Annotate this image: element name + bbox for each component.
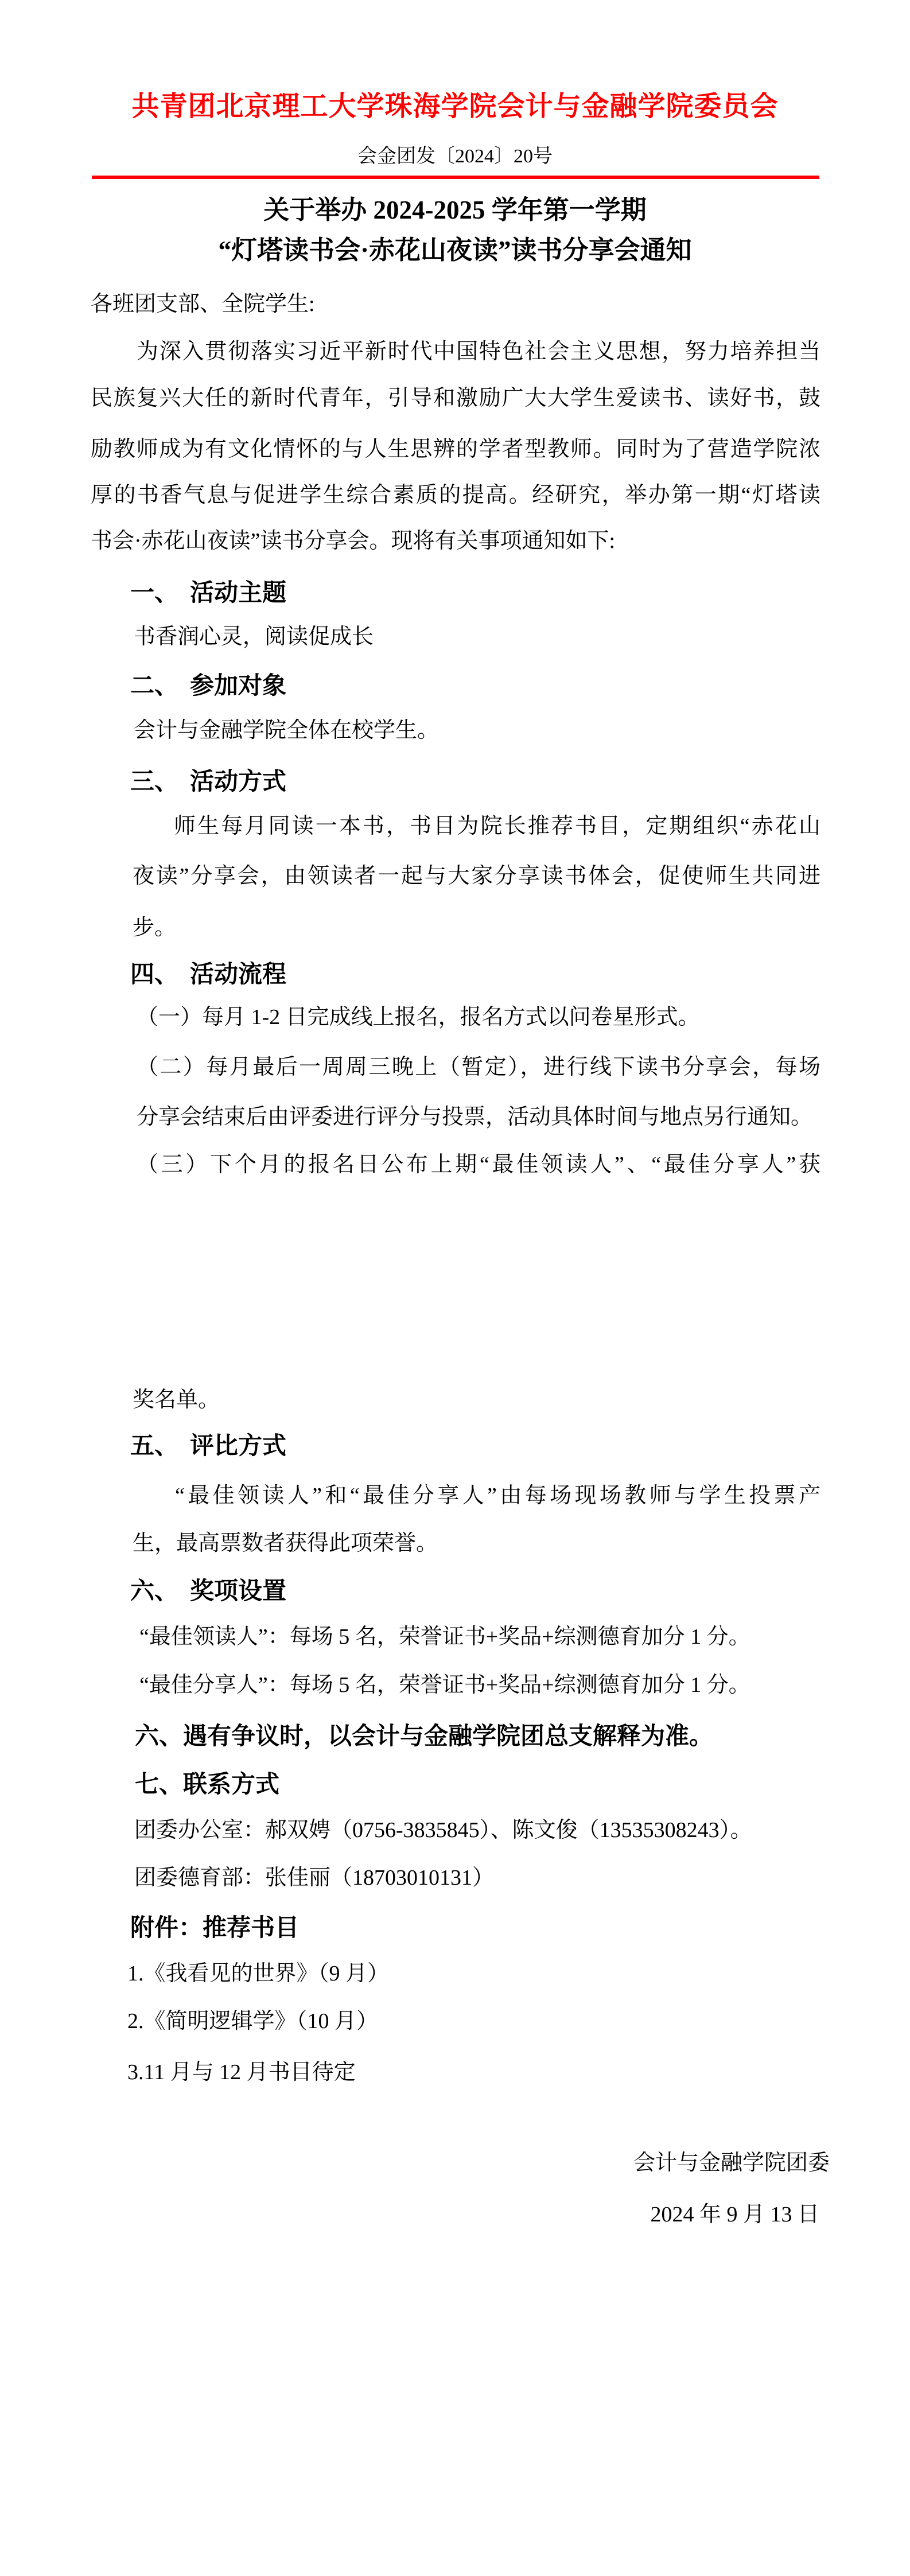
section-label: 活动方式 xyxy=(190,768,286,795)
dispute-clause: 六、遇有争议时，以会计与金融学院团总支解释为准。 xyxy=(135,1722,713,1750)
signature-date: 2024 年 9 月 13 日 xyxy=(650,2202,819,2228)
section-heading-1: 一、活动主题 xyxy=(130,578,286,607)
method-line: 步。 xyxy=(133,915,176,941)
section-label: 联系方式 xyxy=(183,1770,279,1797)
book-item: 2.《简明逻辑学》（10 月） xyxy=(127,2009,378,2034)
flow-item-2-line: （二）每月最后一周周三晚上（暂定），进行线下读书分享会，每场 xyxy=(137,1054,820,1080)
attachment-header: 附件：推荐书目 xyxy=(130,1913,299,1942)
contact-line: 团委德育部：张佳丽（18703010131） xyxy=(134,1865,494,1891)
method-line: 夜读”分享会，由领读者一起与大家分享读书体会，促使师生共同进 xyxy=(133,863,820,889)
section-number: 四、 xyxy=(130,960,178,987)
award-line: “最佳分享人”：每场 5 名，荣誉证书+奖品+综测德育加分 1 分。 xyxy=(139,1672,750,1698)
section-number: 六、 xyxy=(130,1577,178,1604)
section-heading-7: 七、联系方式 xyxy=(135,1770,279,1799)
doc-title-line1: 关于举办 2024-2025 学年第一学期 xyxy=(0,195,910,225)
eval-line: 生，最高票数者获得此项荣誉。 xyxy=(133,1531,438,1557)
section-number: 二、 xyxy=(130,672,178,699)
intro-line: 励教师成为有文化情怀的与人生思辨的学者型教师。同时为了营造学院浓 xyxy=(91,437,820,462)
section-number: 七、 xyxy=(135,1770,183,1797)
section-label: 参加对象 xyxy=(190,672,286,699)
org-letterhead: 共青团北京理工大学珠海学院会计与金融学院委员会 xyxy=(0,91,910,123)
book-item: 3.11 月与 12 月书目待定 xyxy=(127,2060,356,2085)
section-number: 三、 xyxy=(130,768,178,795)
eval-line: “最佳领读人”和“最佳分享人”由每场现场教师与学生投票产 xyxy=(175,1483,820,1509)
section-heading-2: 二、参加对象 xyxy=(130,671,286,700)
flow-item-3-line: （三）下个月的报名日公布上期“最佳领读人”、“最佳分享人”获 xyxy=(137,1152,820,1178)
salutation: 各班团支部、全院学生: xyxy=(91,291,315,317)
section-label: 评比方式 xyxy=(190,1432,286,1459)
flow-item-3-line: 奖名单。 xyxy=(133,1387,220,1413)
section-number: 一、 xyxy=(130,579,178,606)
intro-line: 为深入贯彻落实习近平新时代中国特色社会主义思想，努力培养担当 xyxy=(137,339,820,365)
contact-line: 团委办公室：郝双娉（0756-3835845）、陈文俊（13535308243）… xyxy=(134,1818,752,1843)
section-heading-3: 三、活动方式 xyxy=(130,767,286,796)
intro-line: 书会·赤花山夜读”读书分享会。现将有关事项通知如下: xyxy=(91,528,615,554)
section-heading-5: 五、评比方式 xyxy=(130,1431,286,1460)
red-divider-rule xyxy=(92,176,819,179)
notice-document-page: 共青团北京理工大学珠海学院会计与金融学院委员会 会金团发〔2024〕20号 关于… xyxy=(0,0,910,2576)
doc-number: 会金团发〔2024〕20号 xyxy=(0,145,910,168)
section-label: 活动主题 xyxy=(190,579,286,606)
flow-item-1: （一）每月 1-2 日完成线上报名，报名方式以问卷星形式。 xyxy=(137,1005,700,1030)
flow-item-2-line: 分享会结束后由评委进行评分与投票，活动具体时间与地点另行通知。 xyxy=(137,1104,812,1130)
section-heading-6: 六、奖项设置 xyxy=(130,1577,286,1605)
award-line: “最佳领读人”：每场 5 名，荣誉证书+奖品+综测德育加分 1 分。 xyxy=(139,1624,750,1650)
section-label: 奖项设置 xyxy=(190,1577,286,1604)
section-number: 五、 xyxy=(130,1432,178,1459)
participants-body: 会计与金融学院全体在校学生。 xyxy=(134,718,439,744)
intro-line: 民族复兴大任的新时代青年，引导和激励广大大学生爱读书、读好书，鼓 xyxy=(91,386,820,411)
section-label: 活动流程 xyxy=(190,960,286,987)
method-line: 师生每月同读一本书，书目为院长推荐书目，定期组织“赤花山 xyxy=(174,814,820,839)
theme-body: 书香润心灵，阅读促成长 xyxy=(134,624,374,650)
signature-org: 会计与金融学院团委 xyxy=(633,2150,830,2176)
doc-title-line2: “灯塔读书会·赤花山夜读”读书分享会通知 xyxy=(0,235,910,266)
section-heading-4: 四、活动流程 xyxy=(130,960,286,989)
intro-line: 厚的书香气息与促进学生综合素质的提高。经研究，举办第一期“灯塔读 xyxy=(91,482,820,508)
book-item: 1.《我看见的世界》（9 月） xyxy=(127,1961,389,1987)
